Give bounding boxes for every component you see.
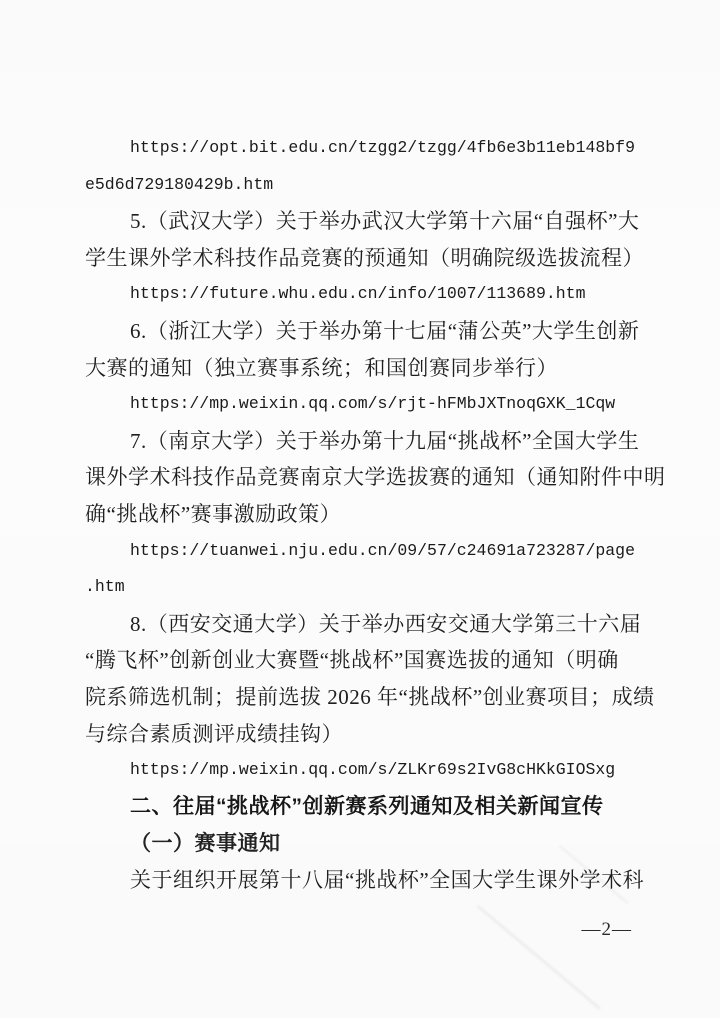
list-item-6-cont: 大赛的通知（独立赛事系统；和国创赛同步举行）: [85, 350, 640, 387]
list-item-5-cont: 学生课外学术科技作品竞赛的预通知（明确院级选拔流程）: [85, 240, 640, 277]
url-line: https://future.whu.edu.cn/info/1007/1136…: [85, 276, 640, 313]
list-item-7-nanjing: 7.（南京大学）关于举办第十九届“挑战杯”全国大学生: [85, 423, 640, 460]
list-item-8-cont: “腾飞杯”创新创业大赛暨“挑战杯”国赛选拔的通知（明确: [85, 642, 640, 679]
list-item-6-zhejiang: 6.（浙江大学）关于举办第十七届“蒲公英”大学生创新: [85, 313, 640, 350]
list-item-7-cont: 课外学术科技作品竞赛南京大学选拔赛的通知（通知附件中明: [85, 459, 640, 496]
section-heading: 二、往届“挑战杯”创新赛系列通知及相关新闻宣传: [85, 789, 640, 826]
document-text-block: https://opt.bit.edu.cn/tzgg2/tzgg/4fb6e3…: [85, 130, 640, 898]
page-number: —2—: [582, 919, 633, 941]
url-line: .htm: [85, 569, 640, 606]
url-line: https://tuanwei.nju.edu.cn/09/57/c24691a…: [85, 533, 640, 570]
url-line: e5d6d729180429b.htm: [85, 167, 640, 204]
document-page: https://opt.bit.edu.cn/tzgg2/tzgg/4fb6e3…: [0, 0, 720, 1018]
url-line: https://opt.bit.edu.cn/tzgg2/tzgg/4fb6e3…: [85, 130, 640, 167]
list-item-7-cont: 确“挑战杯”赛事激励政策）: [85, 496, 640, 533]
list-item-5-wuhan: 5.（武汉大学）关于举办武汉大学第十六届“自强杯”大: [85, 203, 640, 240]
paragraph-line: 关于组织开展第十八届“挑战杯”全国大学生课外学术科: [85, 862, 640, 899]
list-item-8-cont: 院系筛选机制；提前选拔 2026 年“挑战杯”创业赛项目；成绩: [85, 679, 640, 716]
list-item-8-xjtu: 8.（西安交通大学）关于举办西安交通大学第三十六届: [85, 606, 640, 643]
subsection-heading: （一）赛事通知: [85, 825, 640, 862]
url-line: https://mp.weixin.qq.com/s/rjt-hFMbJXTno…: [85, 386, 640, 423]
list-item-8-cont: 与综合素质测评成绩挂钩）: [85, 716, 640, 753]
url-line: https://mp.weixin.qq.com/s/ZLKr69s2IvG8c…: [85, 752, 640, 789]
